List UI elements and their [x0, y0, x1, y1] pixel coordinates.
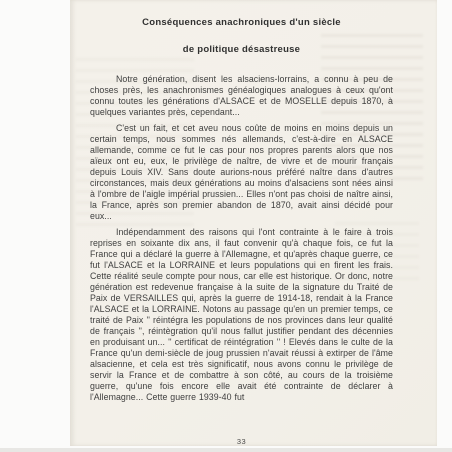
scan-background: Conséquences anachroniques d'un siècle d… — [0, 0, 452, 452]
paragraph: Indépendamment des raisons qui l'ont con… — [90, 227, 393, 403]
page-number: 33 — [90, 437, 393, 446]
scan-edge-line — [0, 448, 452, 452]
page-title-line-1: Conséquences anachroniques d'un siècle — [90, 17, 393, 28]
page-title-line-2: de politique désastreuse — [90, 44, 393, 55]
scanned-page: Conséquences anachroniques d'un siècle d… — [70, 0, 437, 446]
text-block: Conséquences anachroniques d'un siècle d… — [90, 0, 393, 403]
paragraph: Notre génération, disent les alsaciens-l… — [90, 74, 393, 118]
paragraph: C'est un fait, et cet aveu nous coûte de… — [90, 123, 393, 222]
